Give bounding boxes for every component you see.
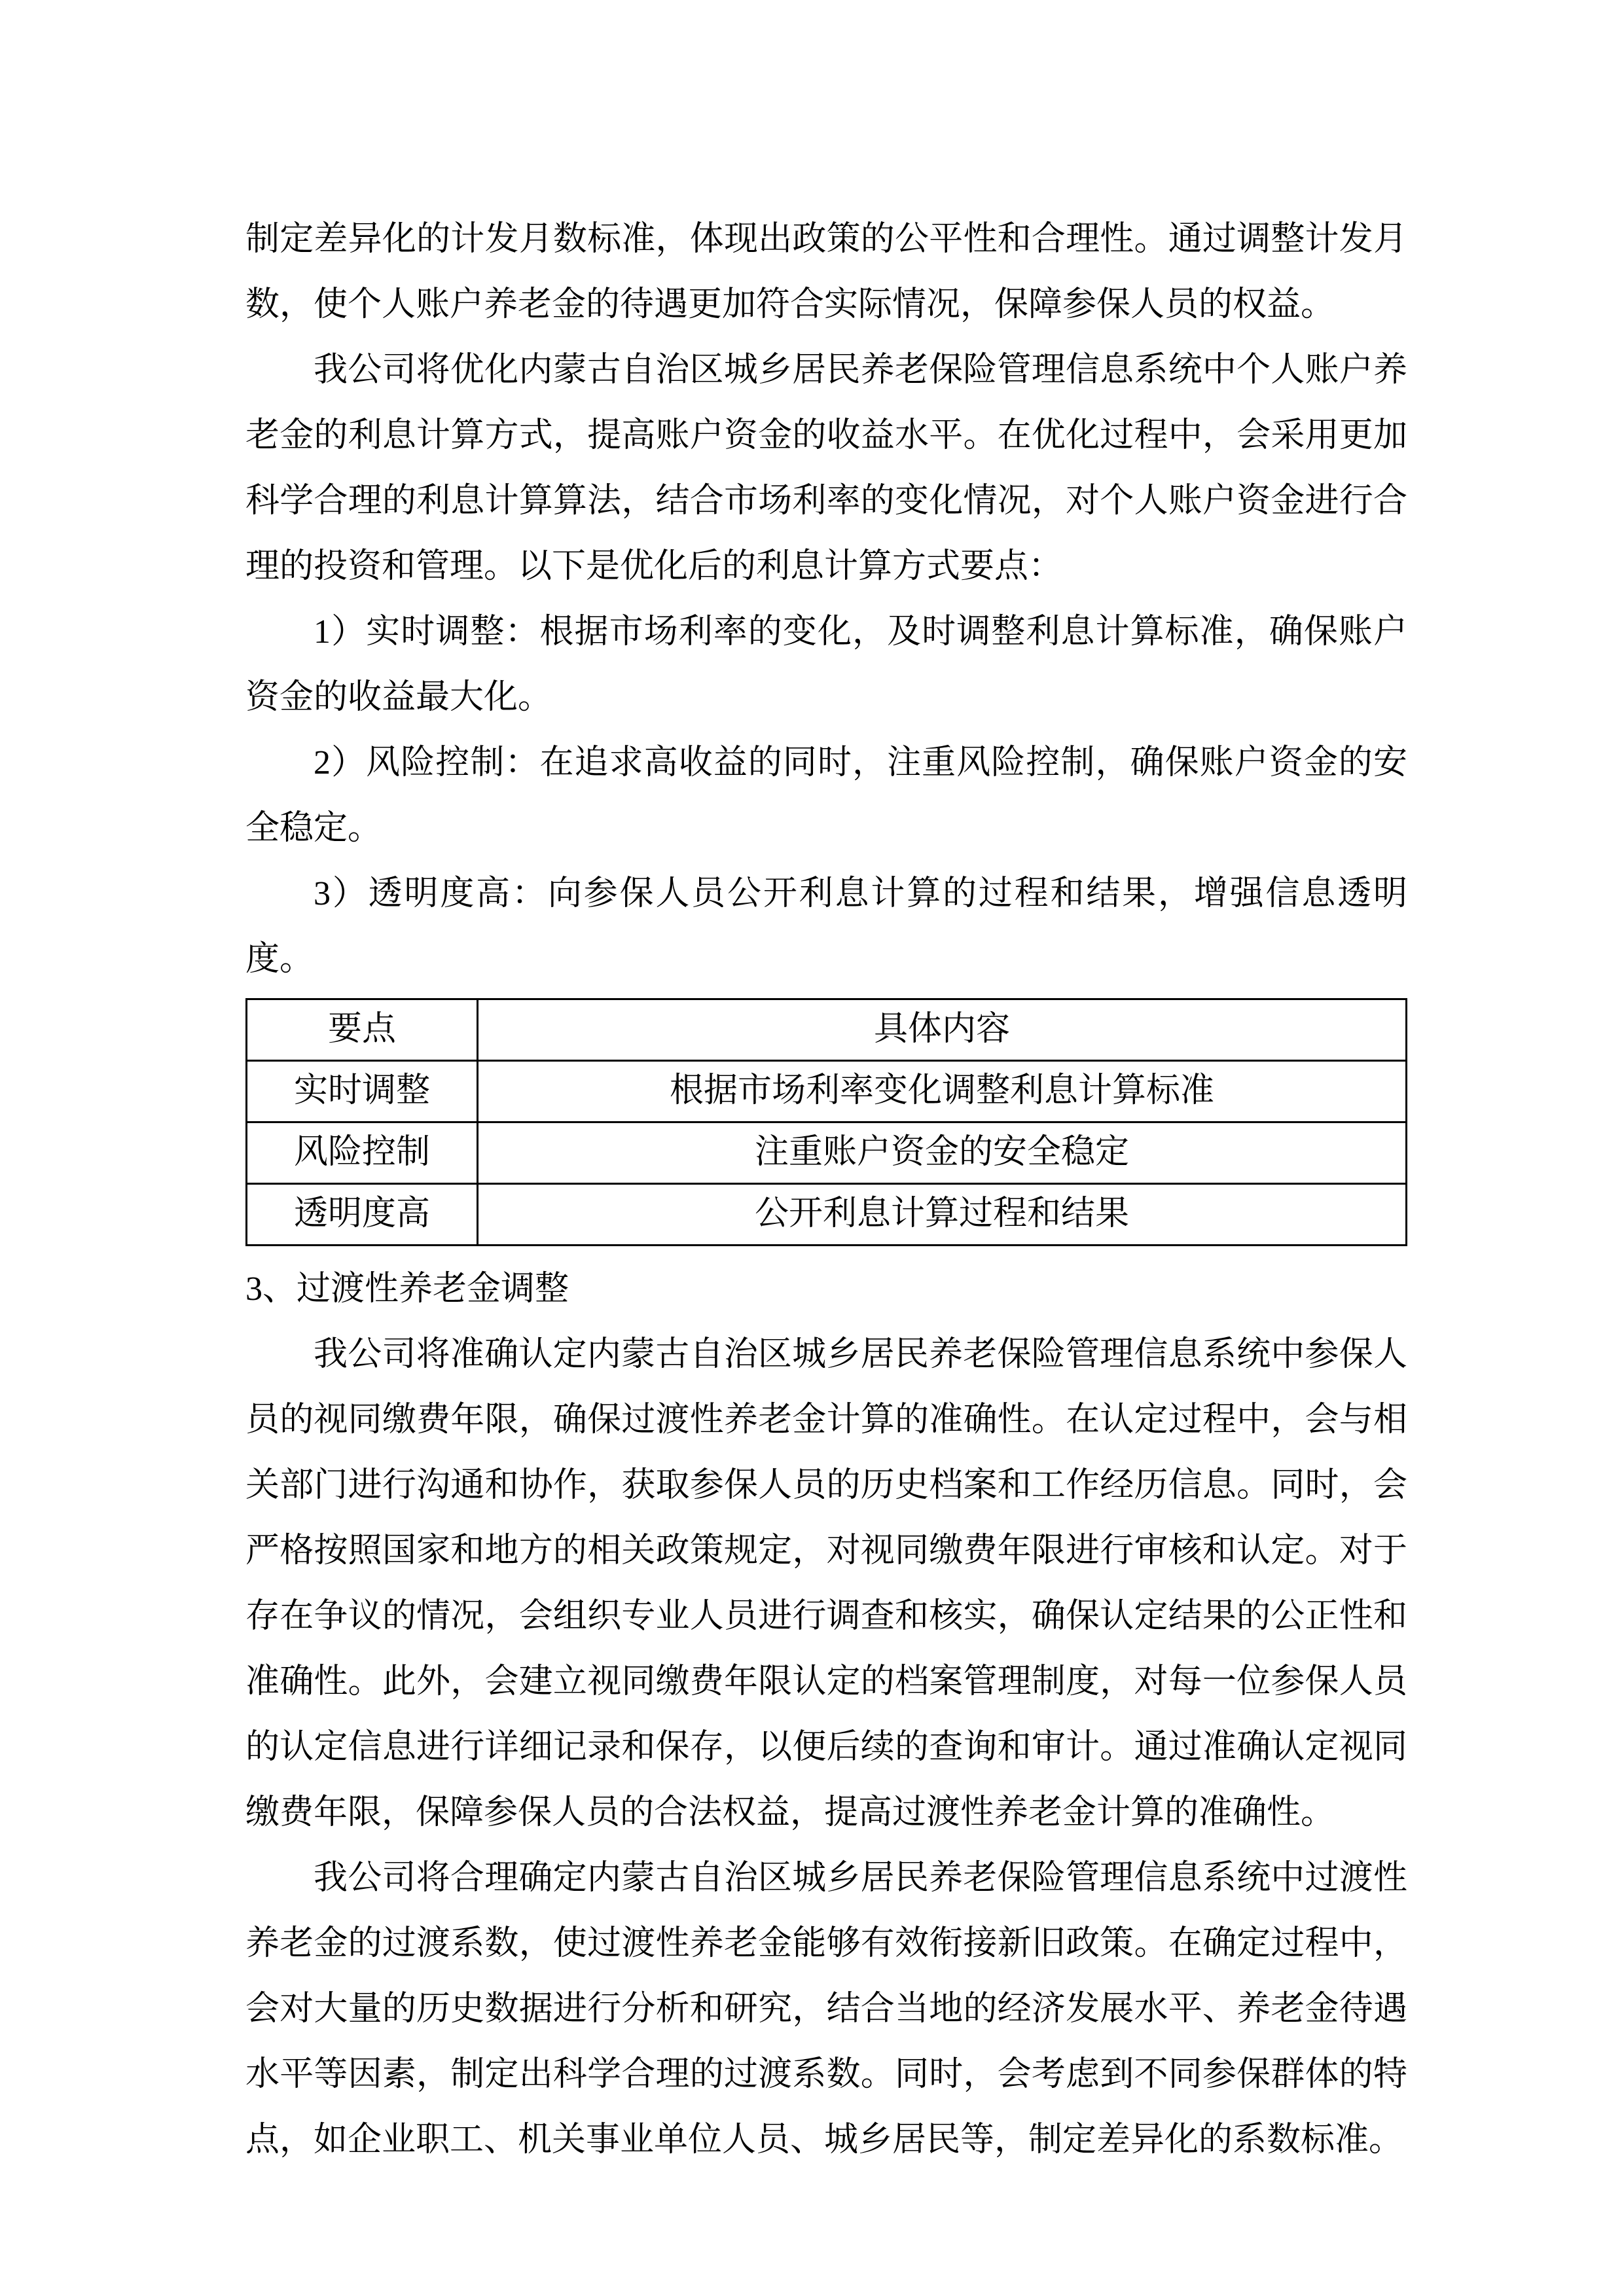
body-paragraph: 我公司将准确认定内蒙古自治区城乡居民养老保险管理信息系统中参保人员的视同缴费年限… <box>245 1322 1407 1846</box>
document-content: 制定差异化的计发月数标准，体现出政策的公平性和合理性。通过调整计发月数，使个人账… <box>245 207 1407 2173</box>
section-heading: 3、过渡性养老金调整 <box>245 1257 1407 1322</box>
table-header-cell: 要点 <box>247 999 478 1061</box>
table-cell: 注重账户资金的安全稳定 <box>478 1122 1407 1184</box>
table-cell: 根据市场利率变化调整利息计算标准 <box>478 1061 1407 1122</box>
body-paragraph: 1）实时调整：根据市场利率的变化，及时调整利息计算标准，确保账户资金的收益最大化… <box>245 600 1407 730</box>
table-row: 实时调整 根据市场利率变化调整利息计算标准 <box>247 1061 1407 1122</box>
body-paragraph: 我公司将合理确定内蒙古自治区城乡居民养老保险管理信息系统中过渡性养老金的过渡系数… <box>245 1846 1407 2173</box>
key-points-table: 要点 具体内容 实时调整 根据市场利率变化调整利息计算标准 风险控制 注重账户资… <box>245 998 1407 1246</box>
table-cell: 公开利息计算过程和结果 <box>478 1184 1407 1246</box>
body-paragraph: 制定差异化的计发月数标准，体现出政策的公平性和合理性。通过调整计发月数，使个人账… <box>245 207 1407 338</box>
table-row: 透明度高 公开利息计算过程和结果 <box>247 1184 1407 1246</box>
table-cell: 透明度高 <box>247 1184 478 1246</box>
table-header-cell: 具体内容 <box>478 999 1407 1061</box>
body-paragraph: 3）透明度高：向参保人员公开利息计算的过程和结果，增强信息透明度。 <box>245 861 1407 992</box>
table-row: 风险控制 注重账户资金的安全稳定 <box>247 1122 1407 1184</box>
table-cell: 实时调整 <box>247 1061 478 1122</box>
body-paragraph: 我公司将优化内蒙古自治区城乡居民养老保险管理信息系统中个人账户养老金的利息计算方… <box>245 338 1407 600</box>
document-page: 制定差异化的计发月数标准，体现出政策的公平性和合理性。通过调整计发月数，使个人账… <box>0 0 1624 2296</box>
table-header-row: 要点 具体内容 <box>247 999 1407 1061</box>
table-cell: 风险控制 <box>247 1122 478 1184</box>
body-paragraph: 2）风险控制：在追求高收益的同时，注重风险控制，确保账户资金的安全稳定。 <box>245 730 1407 861</box>
